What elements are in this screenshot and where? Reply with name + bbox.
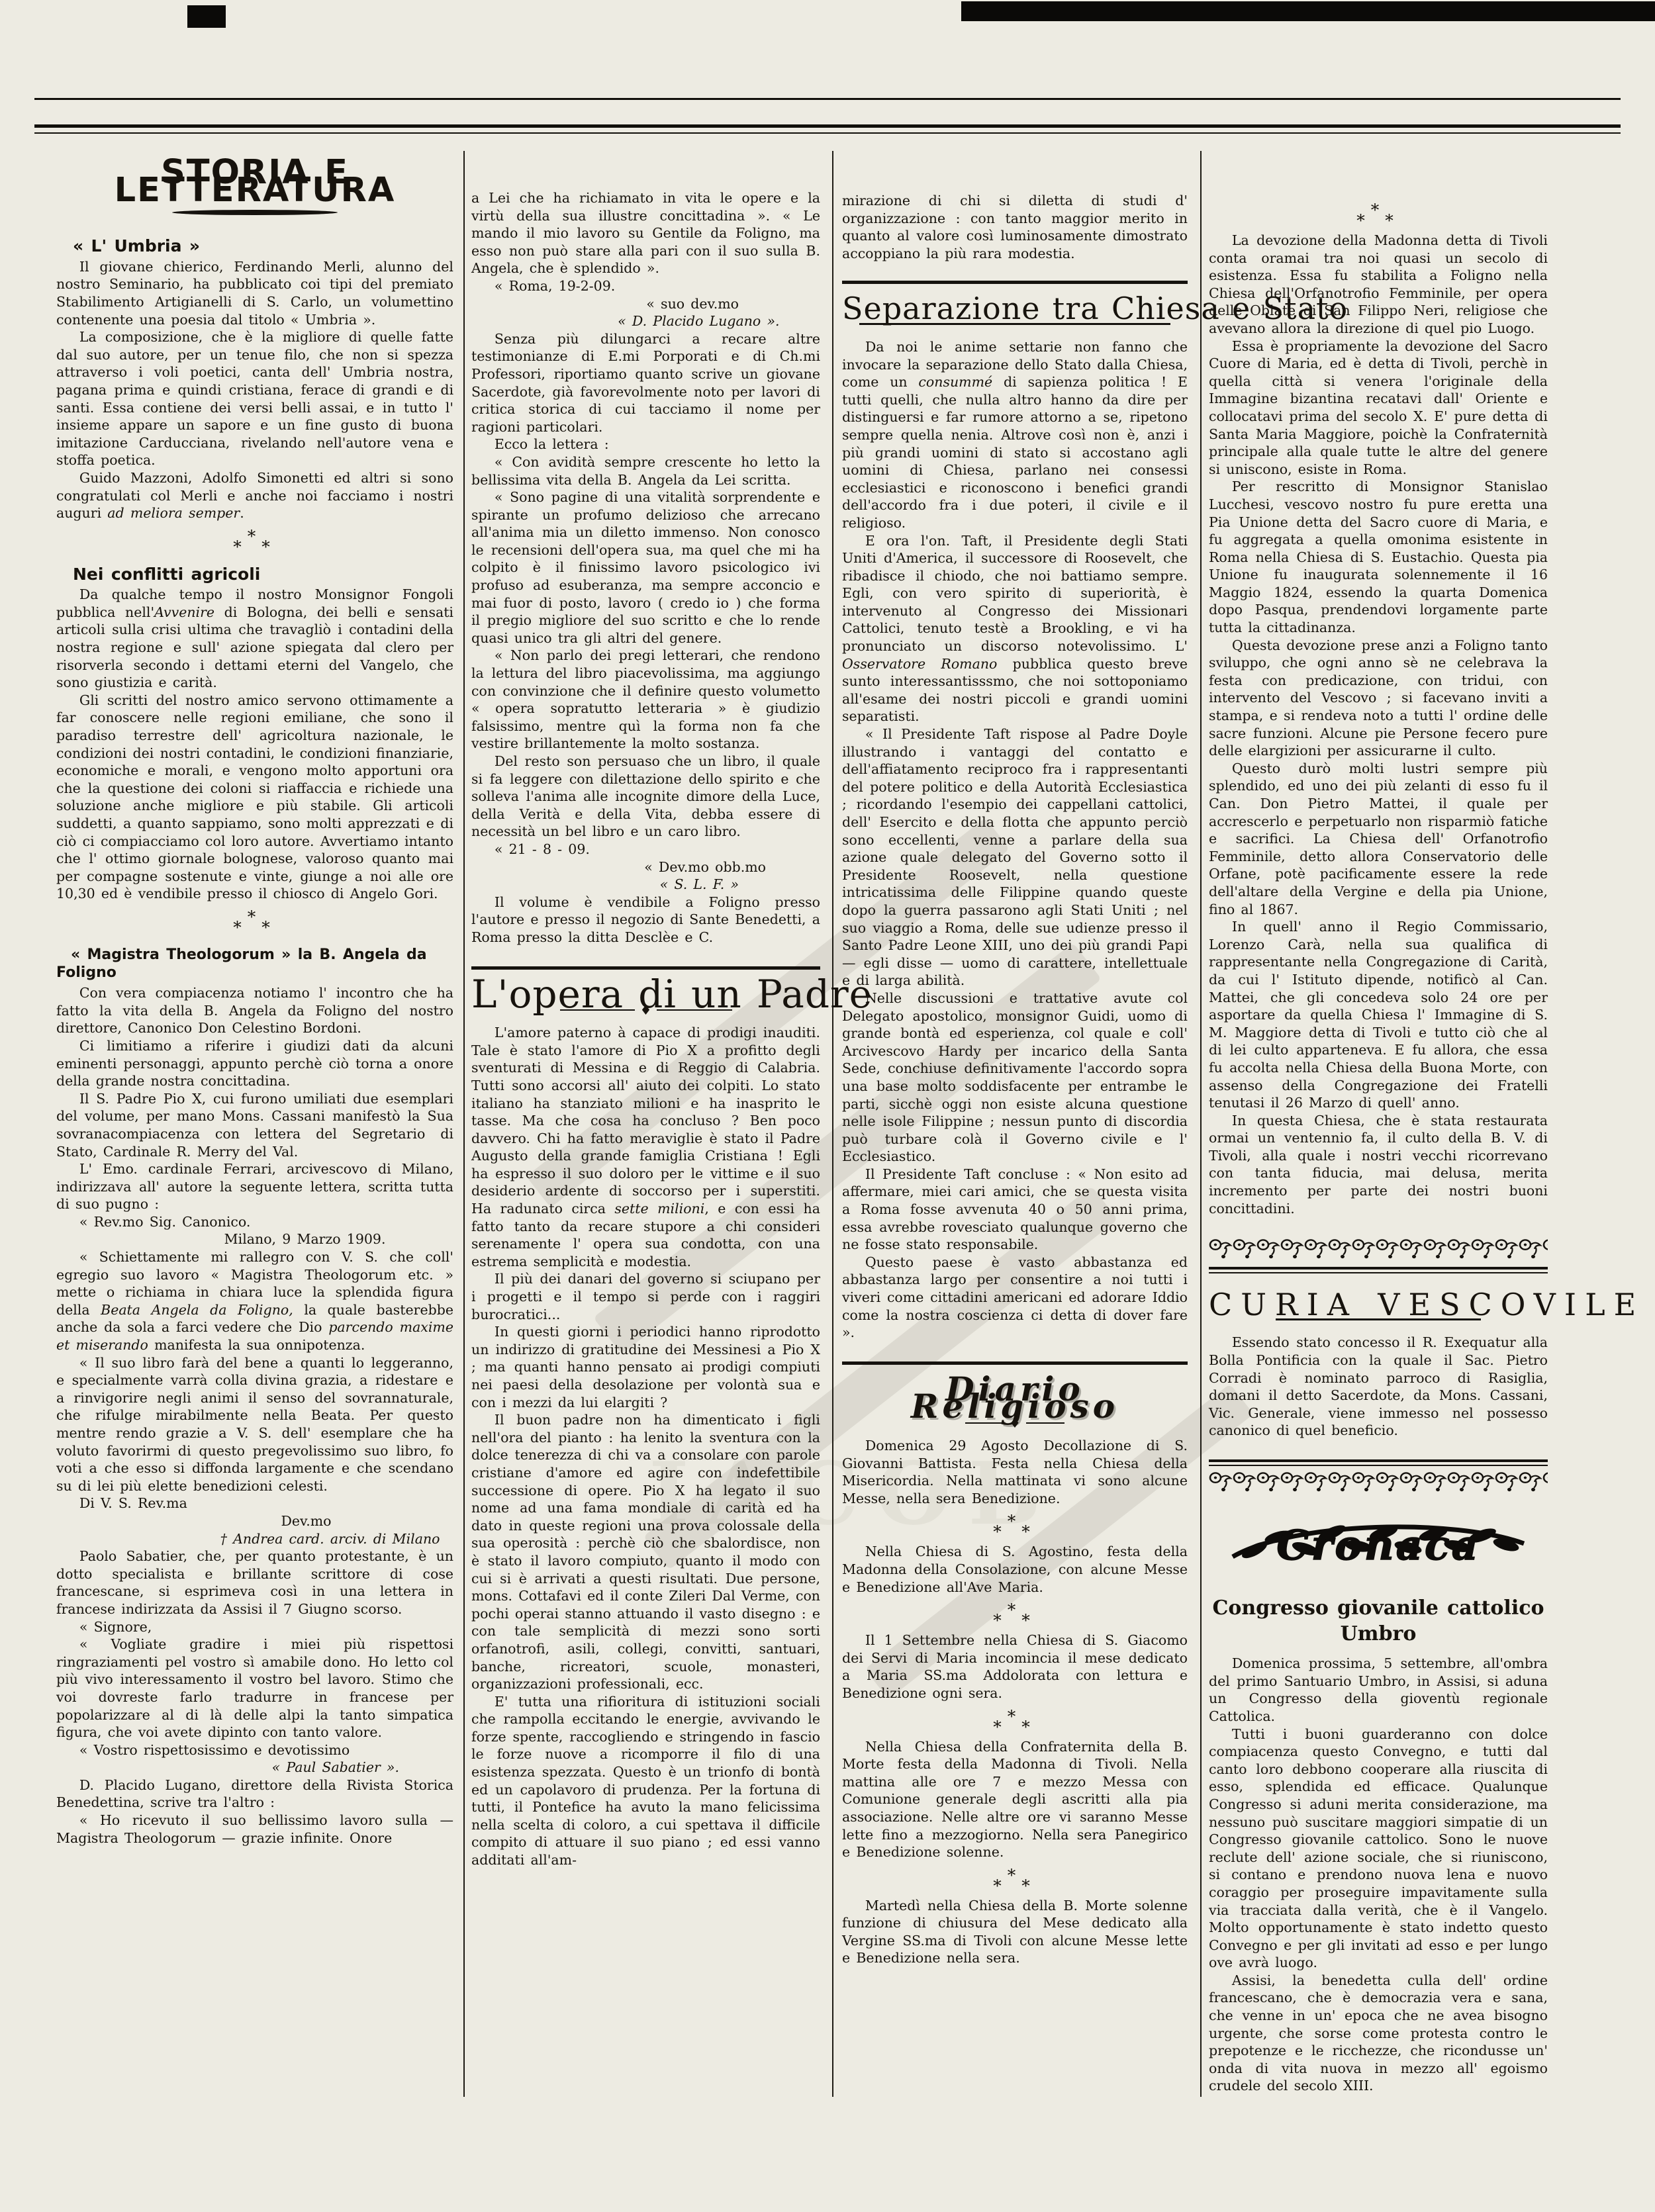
article-rule [842,1361,1188,1365]
masthead-rule [34,98,1621,100]
asterism-divider: ** * [842,1605,1188,1626]
paragraph: E' tutta una rifioritura di istituzioni … [471,1693,820,1869]
paragraph: « Ho ricevuto il suo bellissimo lavoro s… [56,1812,453,1847]
column-2: a Lei che ha richiamato in vita le opere… [471,189,820,1869]
paragraph: Con vera compiacenza notiamo l' incontro… [56,984,453,1037]
paragraph: « Vogliate gradire i miei più rispettosi… [56,1636,453,1741]
paragraph: In questi giorni i periodici hanno ripro… [471,1323,820,1411]
paragraph: Da qualche tempo il nostro Monsignor Fon… [56,586,453,692]
signature-line-italic: « D. Placido Lugano ». [471,312,820,330]
scroll-ornament-row [1209,1237,1548,1260]
paragraph: Nelle discussioni e trattative avute col… [842,990,1188,1166]
paragraph: L'amore paterno à capace di prodigi inau… [471,1024,820,1270]
sub-headline: « Magistra Theologorum » la B. Angela da… [56,946,453,982]
column-4: ** *La devozione della Madonna detta di … [1209,196,1548,2095]
paragraph: « Roma, 19-2-09. [471,277,820,295]
asterism-divider: ** * [56,531,453,553]
masthead-rule-thin [34,132,1621,134]
paragraph: Nella Chiesa di S. Agostino, festa della… [842,1543,1188,1596]
paragraph: Questo paese è vasto abbastanza ed abbas… [842,1254,1188,1342]
paragraph: Senza più dilungarci a recare altre test… [471,330,820,436]
paragraph-continuation: mirazione di chi si diletta di studi d' … [842,192,1188,262]
paragraph: Di V. S. Rev.ma [56,1495,453,1512]
paragraph: « Con avidità sempre crescente ho letto … [471,453,820,488]
cronaca-logo: Cronaca [1209,1509,1548,1580]
cronaca-logo: Cronaca [1223,1509,1534,1575]
paragraph: Tutti i buoni guarderanno con dolce comp… [1209,1726,1548,1972]
spindle-ornament [172,210,338,215]
asterism-divider: ** * [842,1516,1188,1538]
column-3: mirazione di chi si diletta di studi d' … [842,192,1188,1967]
signature-line: Dev.mo [56,1512,453,1530]
paragraph-continuation: a Lei che ha richiamato in vita le opere… [471,189,820,277]
paragraph: « Schiettamente mi rallegro con V. S. ch… [56,1248,453,1354]
paragraph: L' Emo. cardinale Ferrari, arcivescovo d… [56,1160,453,1213]
article-rule [842,281,1188,284]
paragraph: Gli scritti del nostro amico servono ott… [56,692,453,903]
sub-headline: Nei conflitti agricoli [56,566,453,584]
paragraph: Questa devozione prese anzi a Foligno ta… [1209,637,1548,760]
paragraph: D. Placido Lugano, direttore della Rivis… [56,1776,453,1812]
signature-line-italic: « Paul Sabatier ». [56,1759,453,1776]
newspaper-page: IACOB STORIA E LETTERATURA« L' Umbria »I… [0,0,1655,2212]
paragraph: Il buon padre non ha dimenticato i figli… [471,1411,820,1693]
paragraph: Per rescritto di Monsignor Stanislao Luc… [1209,478,1548,636]
paragraph: Assisi, la benedetta culla dell' ordine … [1209,1972,1548,2095]
signature-line: « suo dev.mo [471,295,820,313]
paragraph: Essendo stato concesso il R. Exequatur a… [1209,1334,1548,1440]
asterism-divider: ** * [56,912,453,933]
paragraph: In questa Chiesa, che è stata restaurata… [1209,1112,1548,1218]
congresso-headline: Congresso giovanile cattolico Umbro [1209,1595,1548,1647]
diamond-icon: ♦ [635,1007,657,1013]
paragraph: Del resto son persuaso che un libro, il … [471,753,820,841]
signature-line: « Dev.mo obb.mo [471,858,820,876]
opera-di-un-padre-headline: L'opera di un Padre [471,986,820,1003]
column-rule [1200,151,1202,2097]
column-1: STORIA E LETTERATURA« L' Umbria »Il giov… [56,158,453,1847]
paragraph: « Non parlo dei pregi letterari, che ren… [471,647,820,753]
ornamental-border [1209,1459,1548,1497]
scroll-ornament-row [1209,1470,1548,1493]
storia-letteratura-headline: STORIA E LETTERATURA [56,164,453,199]
column-rule [463,151,465,2097]
column-rule [832,151,833,2097]
sub-headline: « L' Umbria » [56,238,453,255]
asterism-divider: ** * [842,1712,1188,1733]
paragraph: Il giovane chierico, Ferdinando Merli, a… [56,258,453,328]
paragraph: « Il suo libro farà del bene a quanti lo… [56,1354,453,1495]
paragraph: Domenica 29 Agosto Decollazione di S. Gi… [842,1437,1188,1507]
svg-text:Cronaca: Cronaca [1276,1521,1480,1569]
paragraph: Essa è propriamente la devozione del Sac… [1209,338,1548,479]
paragraph: Ci limitiamo a riferire i giudizi dati d… [56,1037,453,1090]
paragraph: « Vostro rispettosissimo e devotissimo [56,1741,453,1759]
separazione-headline: Separazione tra Chiesa e Stato [842,300,1188,318]
paragraph: Questo durò molti lustri sempre più sple… [1209,760,1548,918]
paragraph: « Signore, [56,1618,453,1636]
ornamental-border [1209,1237,1548,1273]
diario-religioso-headline: Diario Religioso [842,1381,1188,1416]
signature-line-italic: « S. L. F. » [471,876,820,894]
paragraph: « 21 - 8 - 09. [471,841,820,858]
paragraph: La composizione, che è la migliore di qu… [56,328,453,469]
article-rule [471,966,820,970]
paragraph: E ora l'on. Taft, il Presidente degli St… [842,532,1188,726]
paragraph: « Sono pagine di una vitalità sorprenden… [471,488,820,647]
signature-line: Milano, 9 Marzo 1909. [56,1230,453,1248]
paragraph: Nella Chiesa della Confraternita della B… [842,1738,1188,1861]
paragraph: Il S. Padre Pio X, cui furono umiliati d… [56,1090,453,1160]
paragraph: Il Presidente Taft concluse : « Non esit… [842,1166,1188,1254]
paragraph: La devozione della Madonna detta di Tivo… [1209,232,1548,338]
paragraph: « Rev.mo Sig. Canonico. [56,1213,453,1231]
paragraph: Ecco la lettera : [471,436,820,453]
paragraph: Il più dei danari del governo si sciupan… [471,1270,820,1323]
scan-artifact-bar [187,5,226,28]
paragraph: Guido Mazzoni, Adolfo Simonetti ed altri… [56,469,453,522]
paragraph: Martedì nella Chiesa della B. Morte sole… [842,1897,1188,1967]
paragraph: Domenica prossima, 5 settembre, all'ombr… [1209,1655,1548,1725]
signature-line-italic: † Andrea card. arciv. di Milano [56,1530,453,1548]
paragraph: Paolo Sabatier, che, per quanto protesta… [56,1547,453,1618]
paragraph: Da noi le anime settarie non fanno che i… [842,338,1188,532]
paragraph: « Il Presidente Taft rispose al Padre Do… [842,725,1188,990]
curia-vescovile-headline: CURIA VESCOVILE [1209,1296,1548,1314]
diamond-icon: ♦ [1004,1420,1026,1426]
asterism-divider: ** * [1209,205,1548,226]
scan-artifact-bar [961,1,1655,21]
paragraph: Il volume è vendibile a Foligno presso l… [471,894,820,946]
asterism-divider: ** * [842,1870,1188,1892]
paragraph: Il 1 Settembre nella Chiesa di S. Giacom… [842,1632,1188,1702]
masthead-rule-thick [34,124,1621,128]
paragraph: In quell' anno il Regio Commissario, Lor… [1209,918,1548,1112]
